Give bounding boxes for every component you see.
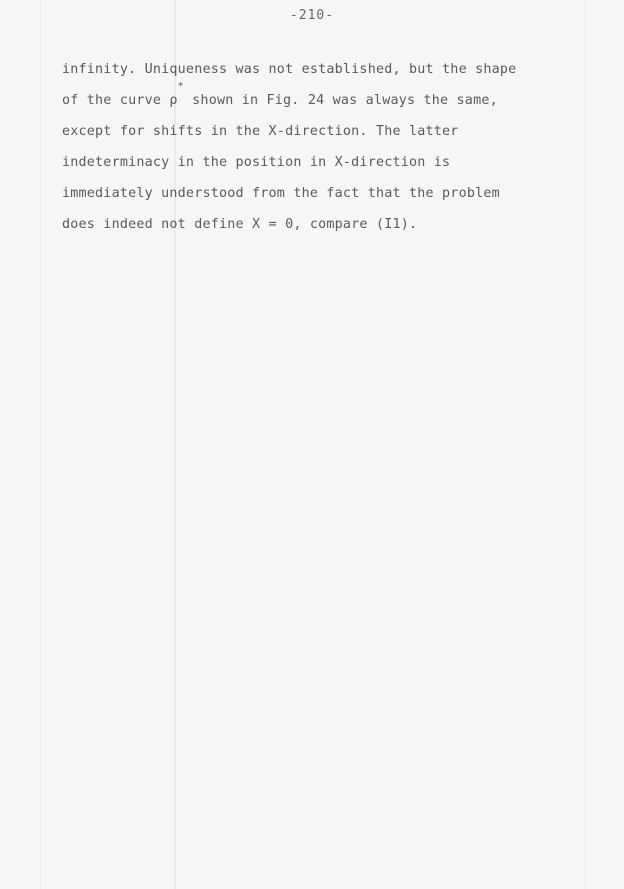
text-line: indeterminacy in the position in X-direc… [62, 147, 602, 178]
document-page: -210- infinity. Uniqueness was not estab… [0, 0, 624, 889]
text-line: of the curve ρ* shown in Fig. 24 was alw… [62, 85, 602, 116]
page-number: -210- [0, 8, 624, 23]
text-line: does indeed not define X = 0, compare (I… [62, 209, 602, 240]
text-line: infinity. Uniqueness was not established… [62, 54, 602, 85]
text-line: except for shifts in the X-direction. Th… [62, 116, 602, 147]
text-line: immediately understood from the fact tha… [62, 178, 602, 209]
text-line-end: shown in Fig. 24 was always the same, [184, 93, 498, 108]
body-paragraph: infinity. Uniqueness was not established… [62, 54, 602, 240]
text-line-start: of the curve ρ [62, 93, 178, 108]
superscript-asterisk: * [178, 81, 184, 92]
